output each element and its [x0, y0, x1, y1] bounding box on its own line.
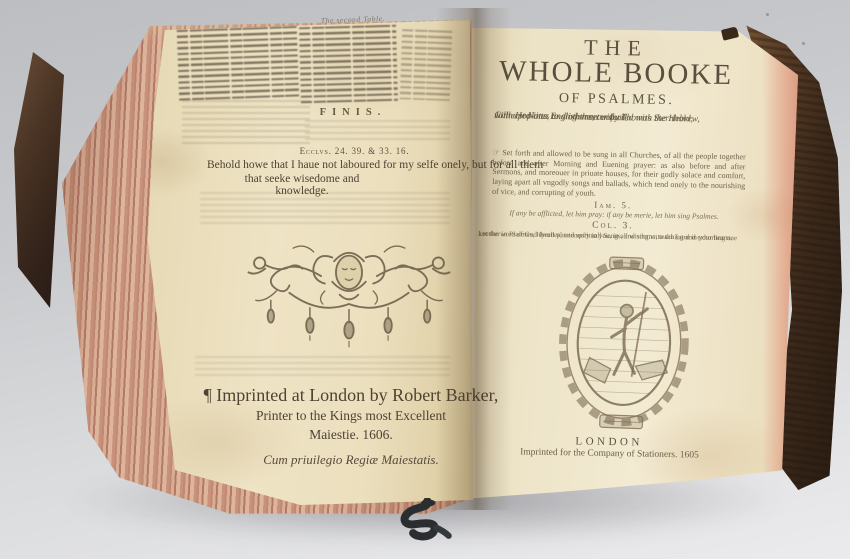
colophon-imprint: ¶ Imprinted at London by Robert Barker, … — [190, 385, 512, 443]
ribbon-icon — [390, 498, 470, 554]
dust-speck — [802, 42, 805, 45]
right-page — [470, 22, 802, 504]
ornament-headpiece-woodcut — [228, 233, 470, 349]
imprint-line-1: ¶ Imprinted at London by Robert Barker, — [190, 385, 512, 406]
colophon-verse-line1: Behold howe that I haue not laboured for… — [207, 159, 543, 171]
privilege-line: Cum priuilegio Regiæ Maiestatis. — [226, 452, 476, 468]
illegible-index-column-left — [177, 26, 300, 104]
illegible-index-column-right — [299, 25, 398, 104]
grotesque-mask-ornament-icon — [228, 233, 470, 349]
imprint-line-2: Printer to the Kings most Excellent — [190, 408, 512, 424]
imprint-line-3: Maiestie. 1606. — [190, 427, 512, 443]
scripture-reference: Ecclvs. 24. 39. & 33. 16. — [272, 146, 437, 156]
illegible-index-column-gutter — [400, 29, 452, 101]
page-show-through — [182, 100, 310, 146]
ribbon-bookmark — [390, 498, 470, 554]
finis-text: FINIS. — [308, 107, 398, 118]
left-cover-leather — [14, 52, 64, 308]
page-show-through — [200, 192, 450, 228]
page-show-through — [305, 120, 450, 144]
dust-speck — [766, 13, 769, 16]
book-photograph: The second Table. FINIS. Ecclvs. 24. 39.… — [0, 0, 850, 559]
page-show-through — [195, 356, 450, 380]
